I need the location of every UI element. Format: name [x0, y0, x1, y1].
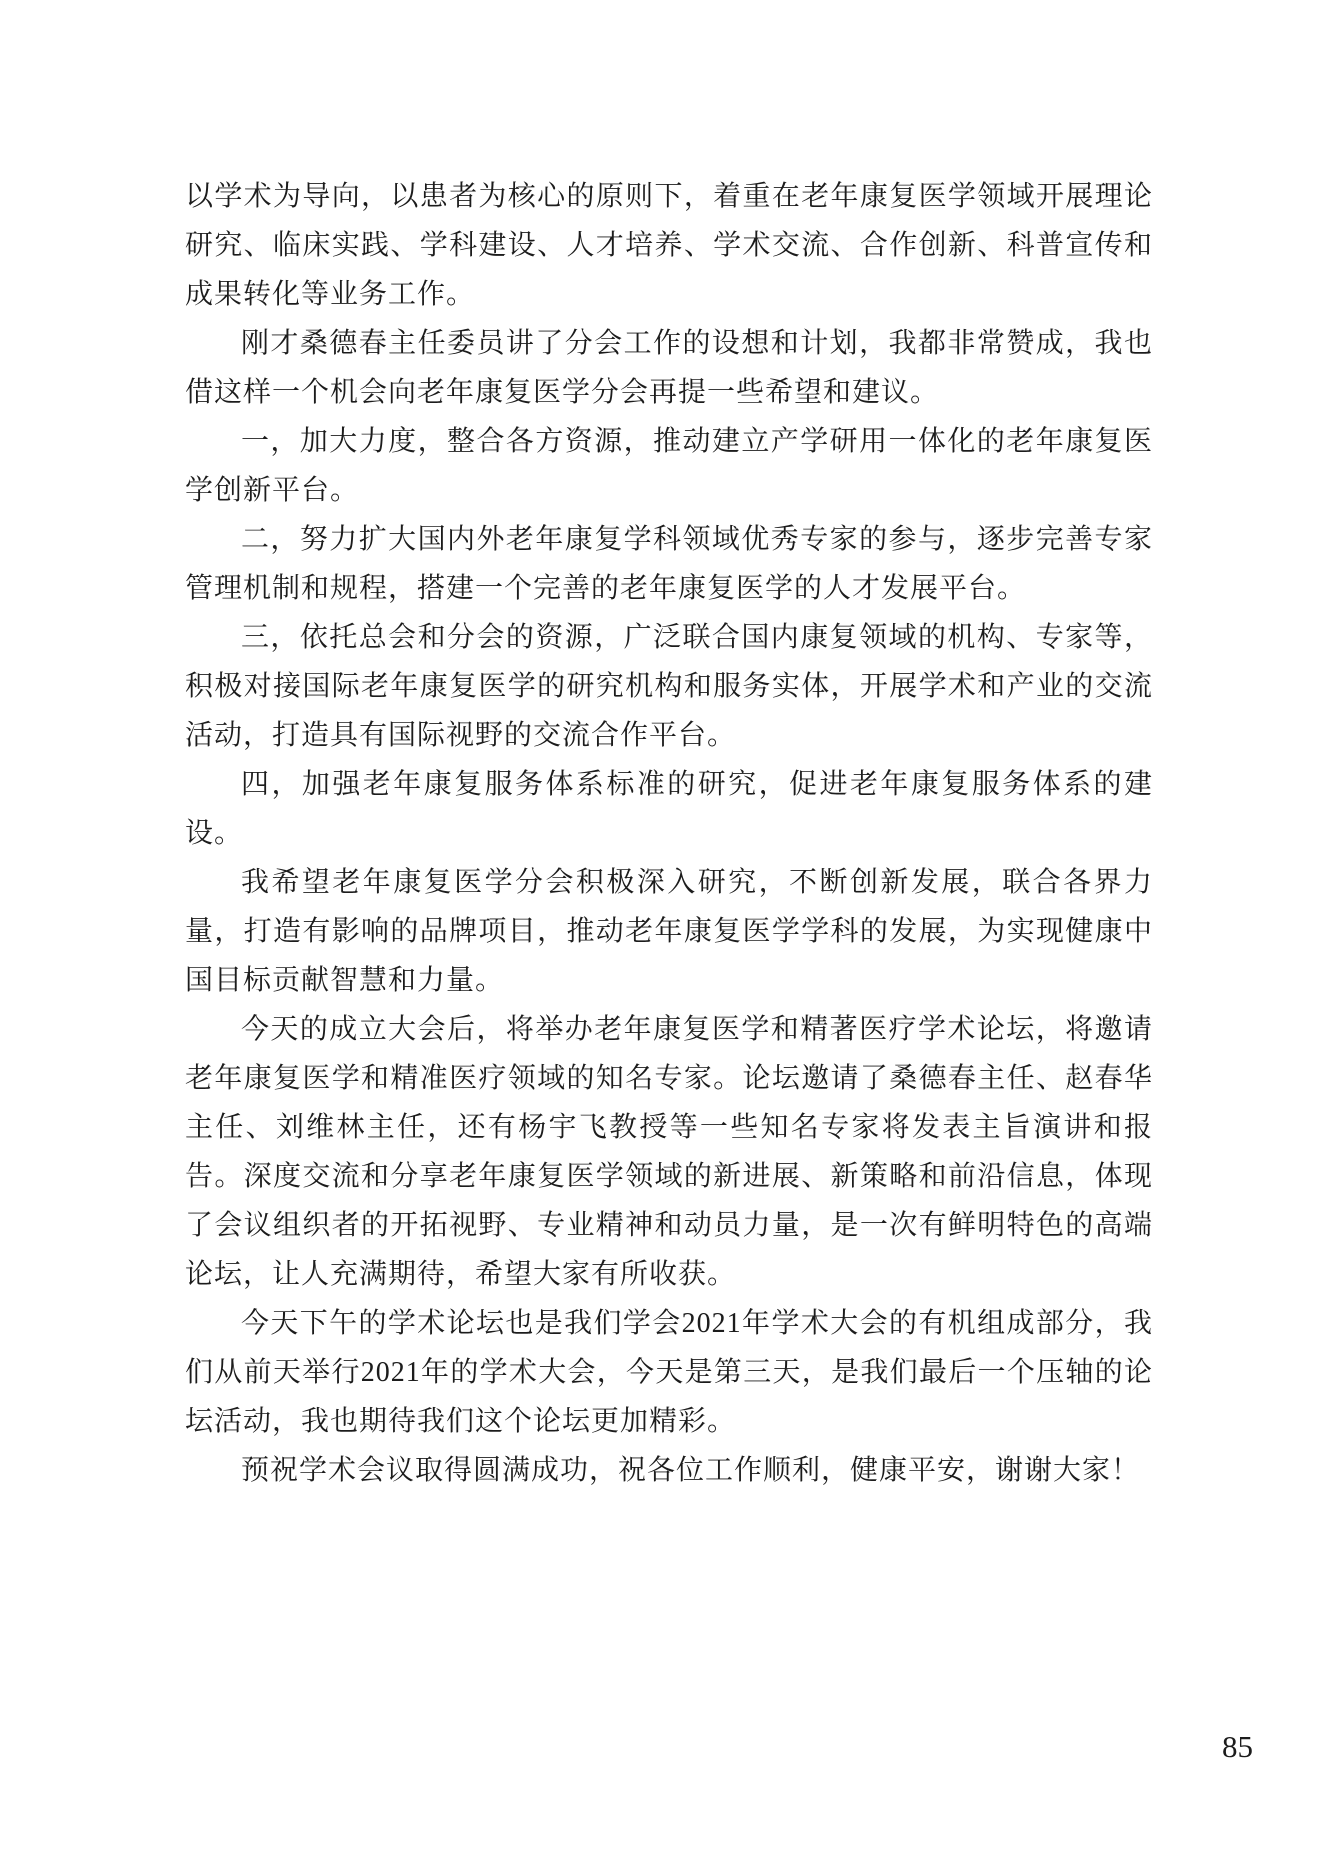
text-body: 以学术为导向，以患者为核心的原则下，着重在老年康复医学领域开展理论研究、临床实践… — [185, 172, 1153, 1495]
page-number: 85 — [1222, 1729, 1253, 1765]
paragraph-continuation: 以学术为导向，以患者为核心的原则下，着重在老年康复医学领域开展理论研究、临床实践… — [185, 172, 1153, 319]
paragraph-point-4: 四，加强老年康复服务体系标准的研究，促进老年康复服务体系的建设。 — [185, 760, 1153, 858]
paragraph: 我希望老年康复医学分会积极深入研究，不断创新发展，联合各界力量，打造有影响的品牌… — [185, 858, 1153, 1005]
paragraph: 今天的成立大会后，将举办老年康复医学和精著医疗学术论坛，将邀请老年康复医学和精准… — [185, 1005, 1153, 1299]
paragraph-point-1: 一，加大力度，整合各方资源，推动建立产学研用一体化的老年康复医学创新平台。 — [185, 417, 1153, 515]
paragraph-point-2: 二，努力扩大国内外老年康复学科领域优秀专家的参与，逐步完善专家管理机制和规程，搭… — [185, 515, 1153, 613]
paragraph-closing: 预祝学术会议取得圆满成功，祝各位工作顺利，健康平安，谢谢大家！ — [185, 1446, 1153, 1495]
document-page: 以学术为导向，以患者为核心的原则下，着重在老年康复医学领域开展理论研究、临床实践… — [0, 0, 1323, 1871]
paragraph: 今天下午的学术论坛也是我们学会2021年学术大会的有机组成部分，我们从前天举行2… — [185, 1299, 1153, 1446]
paragraph: 刚才桑德春主任委员讲了分会工作的设想和计划，我都非常赞成，我也借这样一个机会向老… — [185, 319, 1153, 417]
paragraph-point-3: 三，依托总会和分会的资源，广泛联合国内康复领域的机构、专家等，积极对接国际老年康… — [185, 613, 1153, 760]
